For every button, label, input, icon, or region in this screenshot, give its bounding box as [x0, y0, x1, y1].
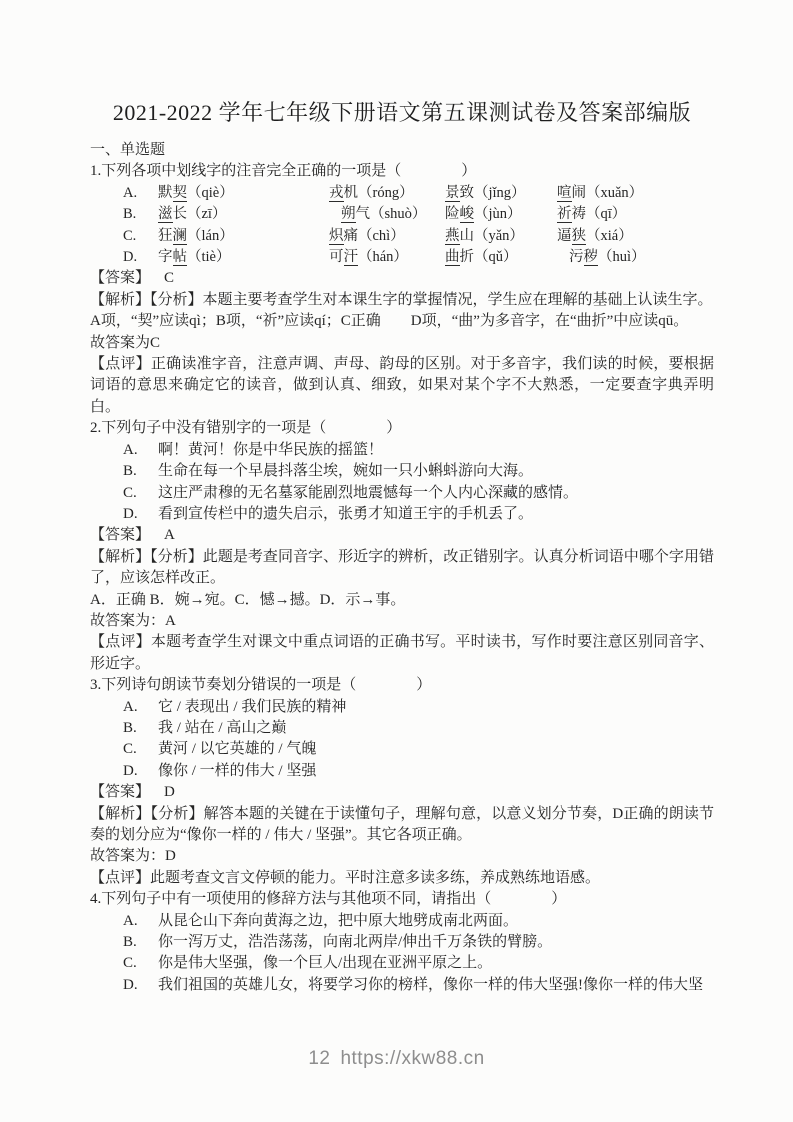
- plain-char: 险: [445, 206, 460, 222]
- pinyin-text: （zī）: [187, 206, 226, 222]
- underlined-char: 澜: [173, 228, 188, 245]
- option-label: D.: [123, 761, 158, 782]
- plain-char: 字: [158, 249, 173, 265]
- document-content: 2021-2022 学年七年级下册语文第五课测试卷及答案部编版 一、单选题 1.…: [90, 96, 714, 996]
- option-text: 啊！黄河！你是中华民族的摇篮！: [158, 440, 714, 461]
- explanation-line: 【点评】本题考查学生对课文中重点词语的正确书写。平时读书，写作时要注意区别同音字…: [90, 632, 714, 675]
- explanation-line: 【解析】【分析】此题是考查同音字、形近字的辨析，改正错别字。认真分析词语中哪个字…: [90, 547, 714, 590]
- pinyin-cell: 污秽（huì）: [557, 247, 714, 268]
- underlined-char: 契: [173, 185, 188, 202]
- option-label: D.: [123, 975, 158, 996]
- underlined-char: 帖: [173, 249, 188, 266]
- question: 1.下列各项中划线字的注音完全正确的一项是（ ）A.默契（qiè）戎机（róng…: [90, 161, 714, 418]
- question: 4.下列句子中有一项使用的修辞方法与其他项不同，请指出（ ）A.从昆仑山下奔向黄…: [90, 889, 714, 996]
- questions-container: 1.下列各项中划线字的注音完全正确的一项是（ ）A.默契（qiè）戎机（róng…: [90, 161, 714, 996]
- pinyin-text: （hán）: [358, 249, 408, 265]
- underlined-char: 燕: [445, 228, 460, 245]
- answer-line: 【答案】D: [90, 782, 714, 803]
- option-text: 看到宣传栏中的遗失启示，张勇才知道王宇的手机丢了。: [158, 504, 714, 525]
- question-stem: 3.下列诗句朗读节奏划分错误的一项是（ ）: [90, 675, 714, 696]
- option-label: B.: [123, 461, 158, 482]
- answer-value: A: [164, 527, 175, 543]
- answer-value: C: [164, 270, 174, 286]
- plain-char: 逼: [557, 228, 572, 244]
- question-stem: 4.下列句子中有一项使用的修辞方法与其他项不同，请指出（ ）: [90, 889, 714, 910]
- answer-line: 【答案】C: [90, 268, 714, 289]
- plain-char: 气: [356, 206, 371, 222]
- underlined-char: 狭: [572, 228, 587, 245]
- plain-char: 痛: [344, 228, 359, 244]
- underlined-char: 喧: [557, 185, 572, 202]
- pinyin-text: （qī）: [586, 206, 626, 222]
- pinyin-option-row: B.滋长（zī）朔气（shuò）险峻（jùn）祈祷（qī）: [123, 204, 714, 225]
- pinyin-cell: 字帖（tiè）: [158, 247, 329, 268]
- pinyin-option-row: C.狂澜（lán）炽痛（chì）燕山（yǎn）逼狭（xiá）: [123, 226, 714, 247]
- pinyin-cell: 逼狭（xiá）: [557, 226, 714, 247]
- explanation-line: 故答案为C: [90, 333, 714, 354]
- source-url: https://xkw88.cn: [340, 1048, 484, 1069]
- option-label: A.: [123, 440, 158, 461]
- option-text: 这庄严肃穆的无名墓冢能剧烈地震憾每一个人内心深藏的感情。: [158, 483, 714, 504]
- pinyin-cell: 景致（jǐng）: [445, 183, 557, 204]
- option-text: 你是伟大坚强，像一个巨人/出现在亚洲平原之上。: [158, 953, 714, 974]
- explanation-line: 故答案为：A: [90, 611, 714, 632]
- underlined-char: 戎: [329, 185, 344, 202]
- option-row: D.我们祖国的英雄儿女，将要学习你的榜样，像你一样的伟大坚强!像你一样的伟大坚: [90, 975, 714, 996]
- answer-line: 【答案】A: [90, 525, 714, 546]
- page-footer: 12https://xkw88.cn: [0, 1048, 793, 1070]
- underlined-char: 祈: [557, 206, 572, 223]
- pinyin-text: （tiè）: [187, 249, 231, 265]
- plain-char: 狂: [158, 228, 173, 244]
- option-label: A.: [123, 697, 158, 718]
- plain-char: 折: [460, 249, 475, 265]
- document-page: 2021-2022 学年七年级下册语文第五课测试卷及答案部编版 一、单选题 1.…: [0, 0, 793, 1122]
- plain-char: 可: [329, 249, 344, 265]
- plain-char: 祷: [572, 206, 587, 222]
- option-label: C.: [123, 483, 158, 504]
- option-row: A.啊！黄河！你是中华民族的摇篮！: [90, 440, 714, 461]
- option-row: C.这庄严肃穆的无名墓冢能剧烈地震憾每一个人内心深藏的感情。: [90, 483, 714, 504]
- question-stem: 2.下列句子中没有错别字的一项是（ ）: [90, 418, 714, 439]
- option-label: B.: [123, 718, 158, 739]
- page-number: 12: [308, 1048, 330, 1069]
- option-label: C.: [123, 953, 158, 974]
- pinyin-text: （shuò）: [370, 206, 426, 222]
- pinyin-text: （róng）: [358, 185, 414, 201]
- document-title: 2021-2022 学年七年级下册语文第五课测试卷及答案部编版: [90, 96, 714, 130]
- option-label: B.: [123, 204, 158, 225]
- option-row: D.看到宣传栏中的遗失启示，张勇才知道王宇的手机丢了。: [90, 504, 714, 525]
- plain-char: 机: [344, 185, 359, 201]
- option-row: C.你是伟大坚强，像一个巨人/出现在亚洲平原之上。: [90, 953, 714, 974]
- plain-char: 污: [569, 249, 584, 265]
- pinyin-cell: 可汗（hán）: [329, 247, 445, 268]
- pinyin-cell: 戎机（róng）: [329, 183, 445, 204]
- plain-char: 长: [173, 206, 188, 222]
- question: 2.下列句子中没有错别字的一项是（ ）A.啊！黄河！你是中华民族的摇篮！B.生命…: [90, 418, 714, 675]
- option-row: C.黄河 / 以它英雄的 / 气魄: [90, 739, 714, 760]
- answer-label: 【答案】: [90, 270, 150, 286]
- pinyin-cell: 险峻（jùn）: [445, 204, 557, 225]
- pinyin-cell: 祈祷（qī）: [557, 204, 714, 225]
- plain-char: 闹: [572, 185, 587, 201]
- option-text: 我们祖国的英雄儿女，将要学习你的榜样，像你一样的伟大坚强!像你一样的伟大坚: [158, 975, 714, 996]
- option-text: 你一泻万丈，浩浩荡荡，向南北两岸/伸出千万条铁的臂膀。: [158, 932, 714, 953]
- underlined-char: 曲: [445, 249, 460, 266]
- pinyin-cell: 燕山（yǎn）: [445, 226, 557, 247]
- option-label: D.: [123, 504, 158, 525]
- explanation-line: 【解析】【分析】本题主要考查学生对本课生字的掌握情况，学生应在理解的基础上认读生…: [90, 290, 714, 311]
- explanation-line: A项，“契”应读qì；B项，“祈”应读qí；C正确 D项，“曲”为多音字，在“曲…: [90, 311, 714, 332]
- question: 3.下列诗句朗读节奏划分错误的一项是（ ）A.它 / 表现出 / 我们民族的精神…: [90, 675, 714, 889]
- pinyin-text: （lán）: [187, 228, 234, 244]
- option-row: B.你一泻万丈，浩浩荡荡，向南北两岸/伸出千万条铁的臂膀。: [90, 932, 714, 953]
- underlined-char: 炽: [329, 228, 344, 245]
- answer-label: 【答案】: [90, 527, 150, 543]
- option-text: 我 / 站在 / 高山之巅: [158, 718, 714, 739]
- pinyin-text: （qiè）: [187, 185, 234, 201]
- option-label: A.: [123, 183, 158, 204]
- underlined-char: 景: [445, 185, 460, 202]
- explanation-line: 【点评】此题考查文言文停顿的能力。平时注意多读多练，养成熟练地语感。: [90, 868, 714, 889]
- pinyin-cell: 喧闹（xuǎn）: [557, 183, 714, 204]
- pinyin-cell: 炽痛（chì）: [329, 226, 445, 247]
- explanation-line: 【解析】【分析】解答本题的关键在于读懂句子，理解句意，以意义划分节奏，D正确的朗…: [90, 804, 714, 847]
- option-row: D.像你 / 一样的伟大 / 坚强: [90, 761, 714, 782]
- pinyin-text: （xiá）: [586, 228, 633, 244]
- option-row: A.从昆仑山下奔向黄海之边，把中原大地劈成南北两面。: [90, 911, 714, 932]
- pinyin-cell: 狂澜（lán）: [158, 226, 329, 247]
- option-text: 从昆仑山下奔向黄海之边，把中原大地劈成南北两面。: [158, 911, 714, 932]
- underlined-char: 峻: [460, 206, 475, 223]
- pinyin-text: （chì）: [358, 228, 405, 244]
- option-text: 生命在每一个早晨抖落尘埃，婉如一只小蝌蚪游向大海。: [158, 461, 714, 482]
- pinyin-cell: 朔气（shuò）: [329, 204, 445, 225]
- pinyin-text: （jǐng）: [474, 185, 526, 201]
- pinyin-option-row: D.字帖（tiè）可汗（hán）曲折（qǔ）污秽（huì）: [123, 247, 714, 268]
- pinyin-option-row: A.默契（qiè）戎机（róng）景致（jǐng）喧闹（xuǎn）: [123, 183, 714, 204]
- pinyin-text: （huì）: [598, 249, 646, 265]
- pinyin-cell: 默契（qiè）: [158, 183, 329, 204]
- explanation-line: 故答案为：D: [90, 846, 714, 867]
- pinyin-cell: 曲折（qǔ）: [445, 247, 557, 268]
- option-row: B.生命在每一个早晨抖落尘埃，婉如一只小蝌蚪游向大海。: [90, 461, 714, 482]
- plain-char: 默: [158, 185, 173, 201]
- option-label: C.: [123, 739, 158, 760]
- option-label: A.: [123, 911, 158, 932]
- option-text: 像你 / 一样的伟大 / 坚强: [158, 761, 714, 782]
- question-stem: 1.下列各项中划线字的注音完全正确的一项是（ ）: [90, 161, 714, 182]
- pinyin-text: （yǎn）: [474, 228, 524, 244]
- pinyin-cell: 滋长（zī）: [158, 204, 329, 225]
- plain-char: 致: [460, 185, 475, 201]
- option-label: C.: [123, 226, 158, 247]
- underlined-char: 朔: [341, 206, 356, 223]
- pinyin-text: （qǔ）: [474, 249, 518, 265]
- pinyin-text: （xuǎn）: [586, 185, 643, 201]
- option-text: 它 / 表现出 / 我们民族的精神: [158, 697, 714, 718]
- section-heading: 一、单选题: [90, 140, 714, 161]
- option-row: A.它 / 表现出 / 我们民族的精神: [90, 697, 714, 718]
- option-label: D.: [123, 247, 158, 268]
- option-row: B.我 / 站在 / 高山之巅: [90, 718, 714, 739]
- option-text: 黄河 / 以它英雄的 / 气魄: [158, 739, 714, 760]
- explanation-line: A．正确 B．婉→宛。C．憾→撼。D．示→事。: [90, 590, 714, 611]
- plain-char: 山: [460, 228, 475, 244]
- explanation-line: 【点评】正确读准字音，注意声调、声母、韵母的区别。对于多音字，我们读的时候，要根…: [90, 354, 714, 418]
- answer-label: 【答案】: [90, 784, 150, 800]
- underlined-char: 秽: [584, 249, 599, 266]
- answer-value: D: [164, 784, 175, 800]
- option-label: B.: [123, 932, 158, 953]
- pinyin-text: （jùn）: [474, 206, 522, 222]
- underlined-char: 汗: [344, 249, 359, 266]
- underlined-char: 滋: [158, 206, 173, 223]
